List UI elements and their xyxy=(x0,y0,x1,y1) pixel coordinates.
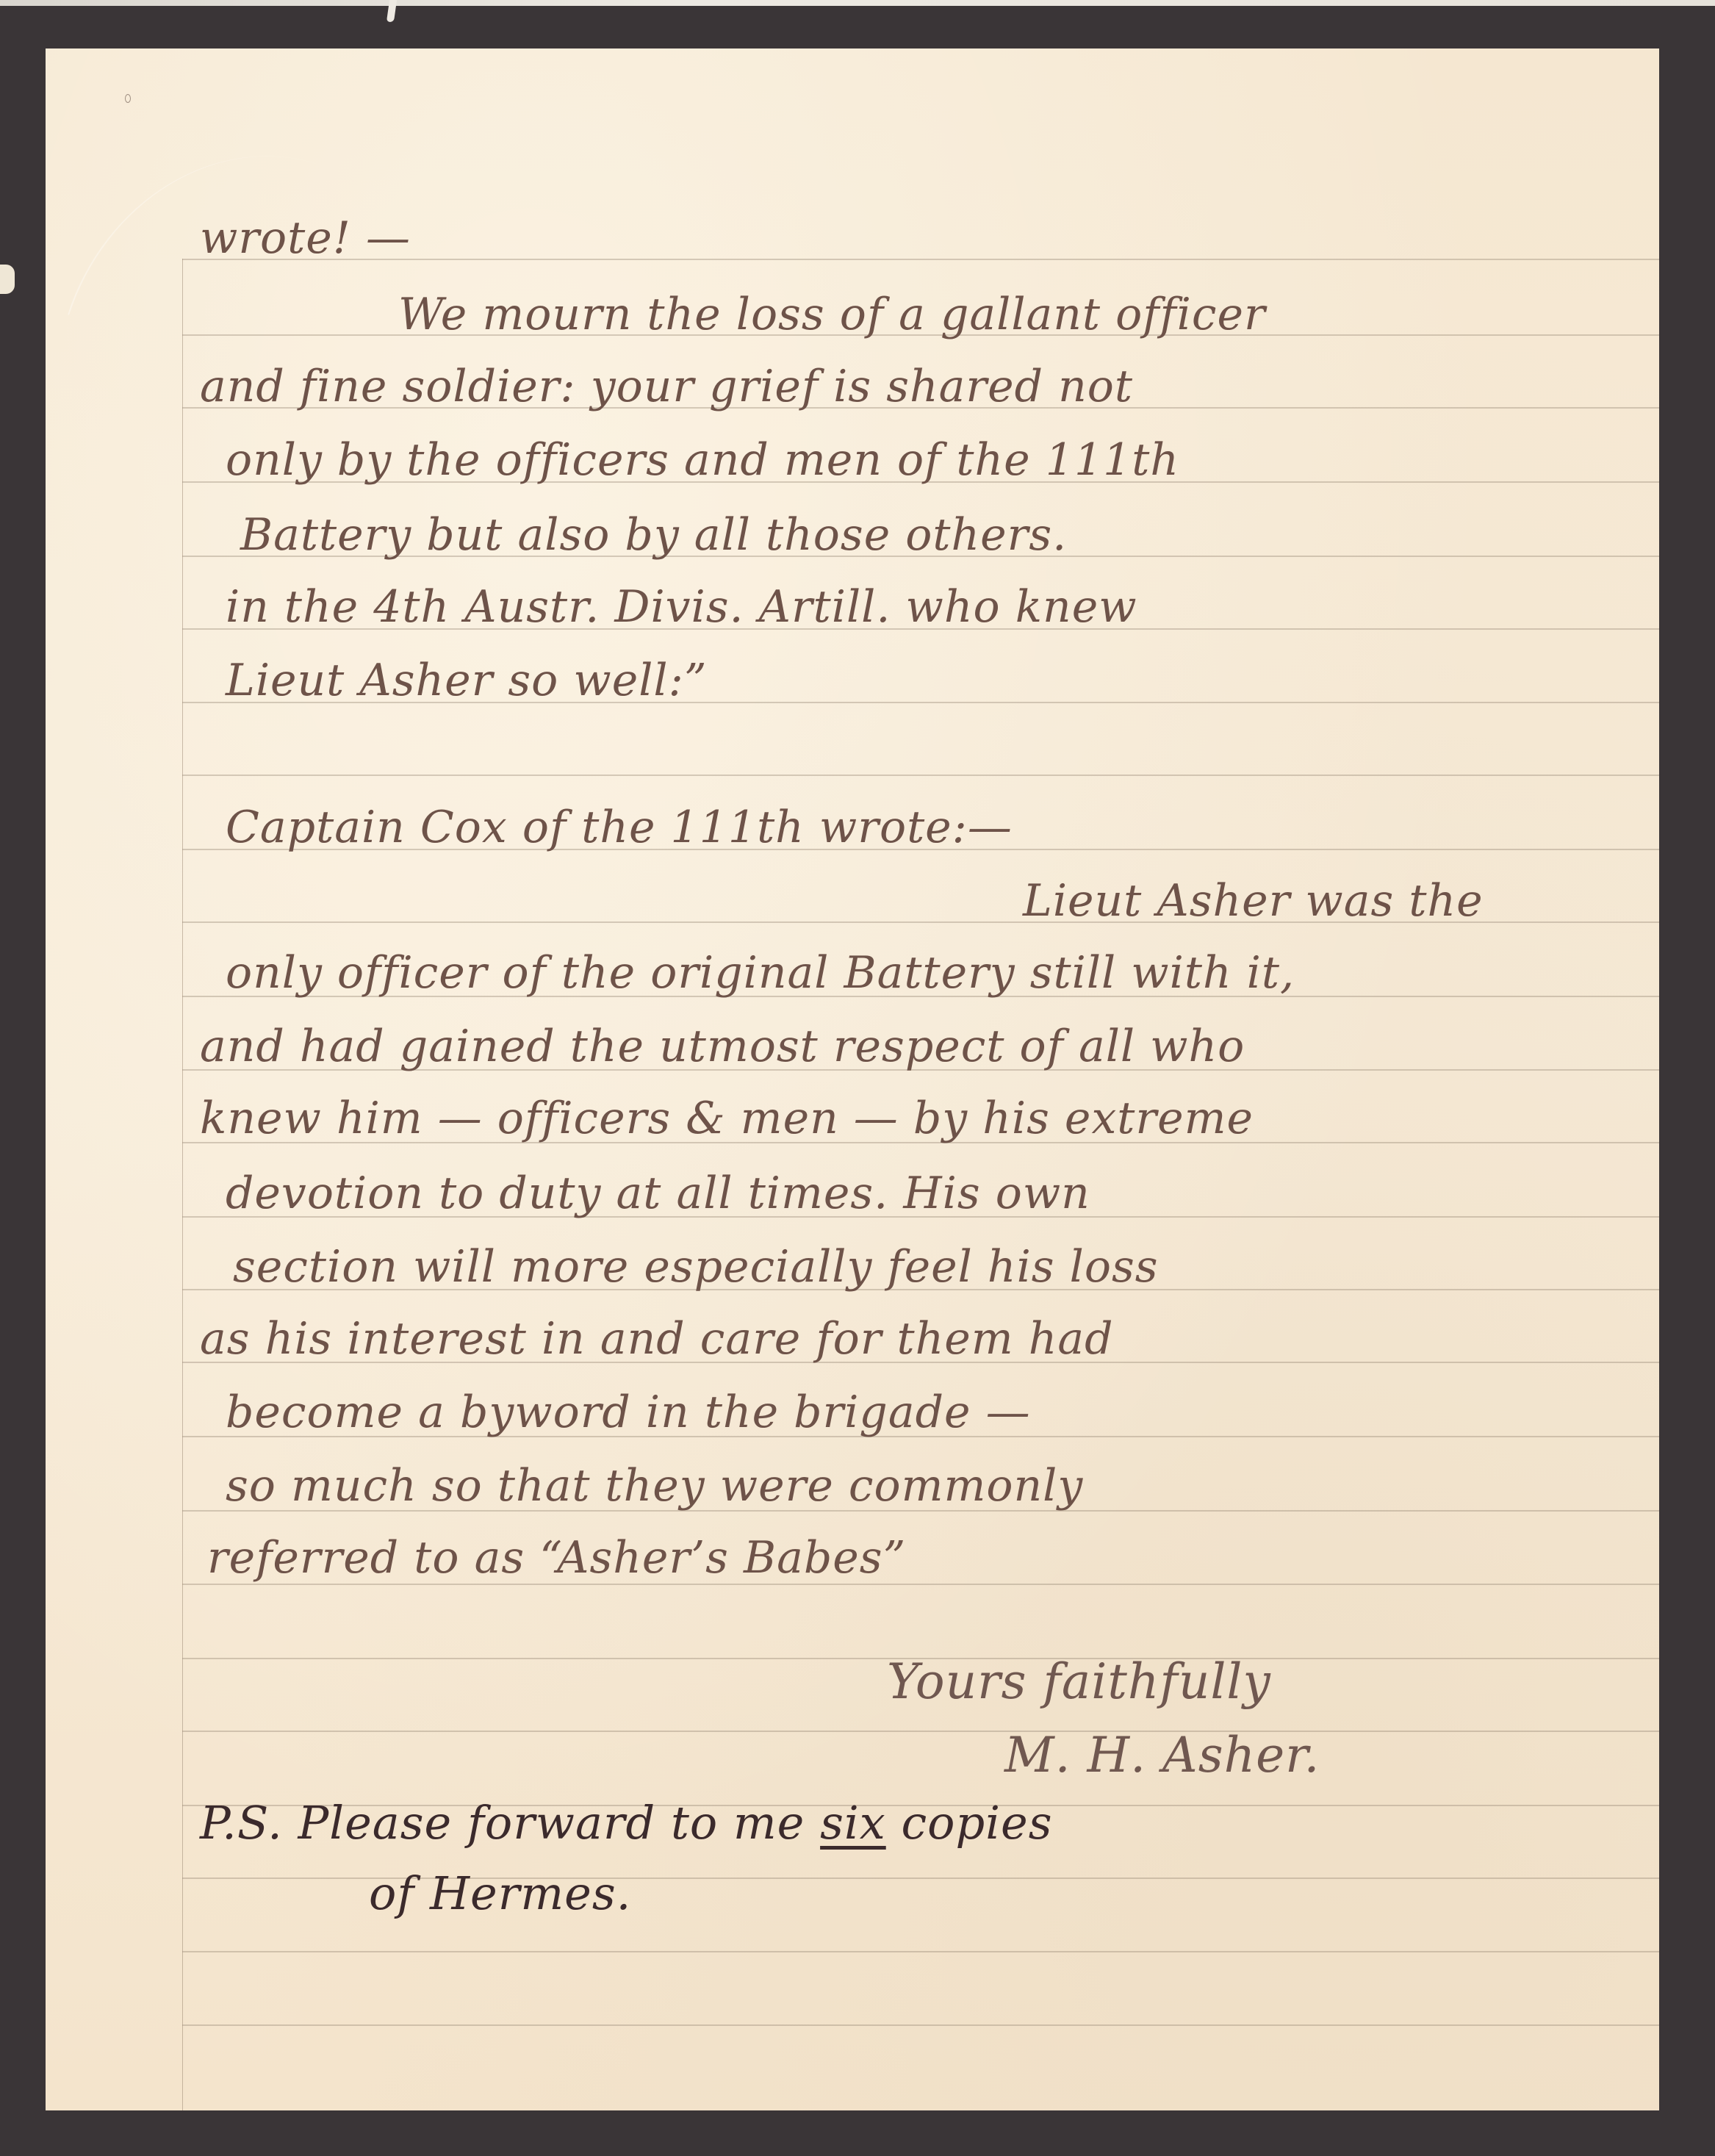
letter-page: wrote! — We mourn the loss of a gallant … xyxy=(46,48,1659,2110)
letter-line: Lieut Asher so well:” xyxy=(226,658,708,703)
letter-line: become a byword in the brigade — xyxy=(226,1390,1031,1434)
letter-line: devotion to duty at all times. His own xyxy=(226,1171,1090,1215)
letter-line: Captain Cox of the 111th wrote:— xyxy=(226,805,1013,849)
ruled-line xyxy=(182,1731,1659,1732)
letter-line: and fine soldier: your grief is shared n… xyxy=(200,364,1133,409)
letter-line: wrote! — xyxy=(200,216,411,260)
letter-line: only officer of the original Battery sti… xyxy=(226,951,1295,995)
postscript-prefix: P.S. Please forward to me xyxy=(200,1796,805,1850)
margin-line xyxy=(182,259,183,2110)
letter-line: only by the officers and men of the 111t… xyxy=(226,438,1179,482)
postscript-line-1: P.S. Please forward to me six copies xyxy=(200,1800,1053,1846)
letter-line: and had gained the utmost respect of all… xyxy=(200,1024,1245,1068)
letter-line: knew him — officers & men — by his extre… xyxy=(200,1096,1254,1140)
ruled-line xyxy=(182,1584,1659,1585)
closing: Yours faithfully xyxy=(887,1658,1271,1706)
postscript-suffix: copies xyxy=(901,1796,1052,1850)
letter-line: We mourn the loss of a gallant officer xyxy=(398,292,1266,337)
letter-line: section will more especially feel his lo… xyxy=(233,1245,1159,1289)
postscript-line-2: of Hermes. xyxy=(369,1871,631,1916)
pin-hole-mark xyxy=(125,94,131,103)
letter-line: Battery but also by all those others. xyxy=(240,513,1067,557)
signature: M. H. Asher. xyxy=(1004,1731,1320,1780)
paper-tear-left xyxy=(0,265,15,294)
letter-line: referred to as “Asher’s Babes” xyxy=(207,1536,906,1580)
letter-line: Lieut Asher was the xyxy=(1023,879,1484,923)
ruled-line xyxy=(182,775,1659,776)
scan-top-edge xyxy=(0,0,1715,6)
postscript-emphasis: six xyxy=(820,1796,886,1850)
ruled-line xyxy=(182,2024,1659,2026)
letter-line: so much so that they were commonly xyxy=(226,1464,1083,1508)
letter-line: as his interest in and care for them had xyxy=(200,1317,1114,1361)
ruled-line xyxy=(182,1951,1659,1952)
letter-line: in the 4th Austr. Divis. Artill. who kne… xyxy=(226,585,1137,629)
